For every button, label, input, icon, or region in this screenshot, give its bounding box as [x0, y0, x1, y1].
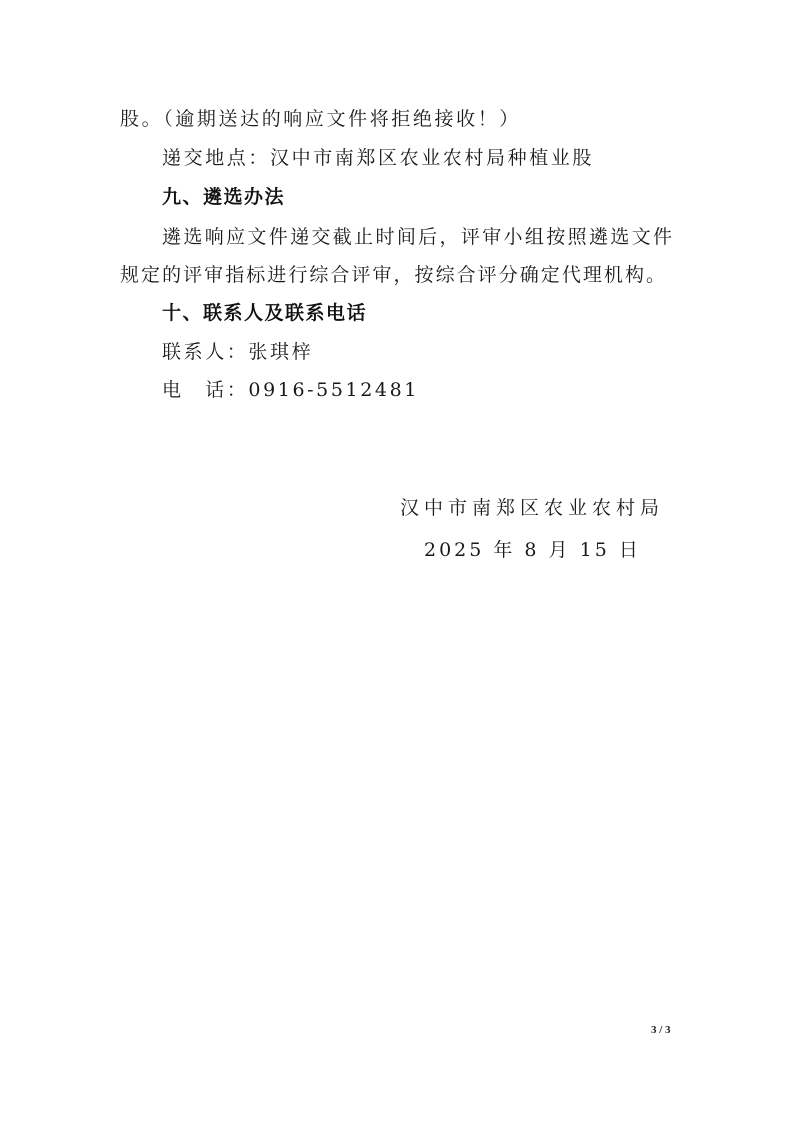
- paragraph-selection-method-line2: 规定的评审指标进行综合评审，按综合评分确定代理机构。: [120, 263, 665, 287]
- signature-date: 2025 年 8 月 15 日: [424, 538, 641, 562]
- contact-person: 联系人：张琪梓: [162, 340, 313, 364]
- document-page: 股。（逾期送达的响应文件将拒绝接收！） 递交地点：汉中市南郑区农业农村局种植业股…: [0, 0, 792, 1121]
- page-number: 3 / 3: [651, 1024, 671, 1036]
- paragraph-delivery-location: 递交地点：汉中市南郑区农业农村局种植业股: [162, 146, 594, 170]
- contact-phone: 电 话：0916-5512481: [162, 378, 419, 402]
- paragraph-deadline-note: 股。（逾期送达的响应文件将拒绝接收！）: [120, 107, 521, 131]
- signature-organization: 汉中市南郑区农业农村局: [400, 496, 664, 520]
- paragraph-selection-method-line1: 遴选响应文件递交截止时间后，评审小组按照遴选文件: [162, 225, 672, 249]
- section-heading-selection-method: 九、遴选办法: [162, 185, 285, 209]
- section-heading-contact: 十、联系人及联系电话: [162, 301, 367, 325]
